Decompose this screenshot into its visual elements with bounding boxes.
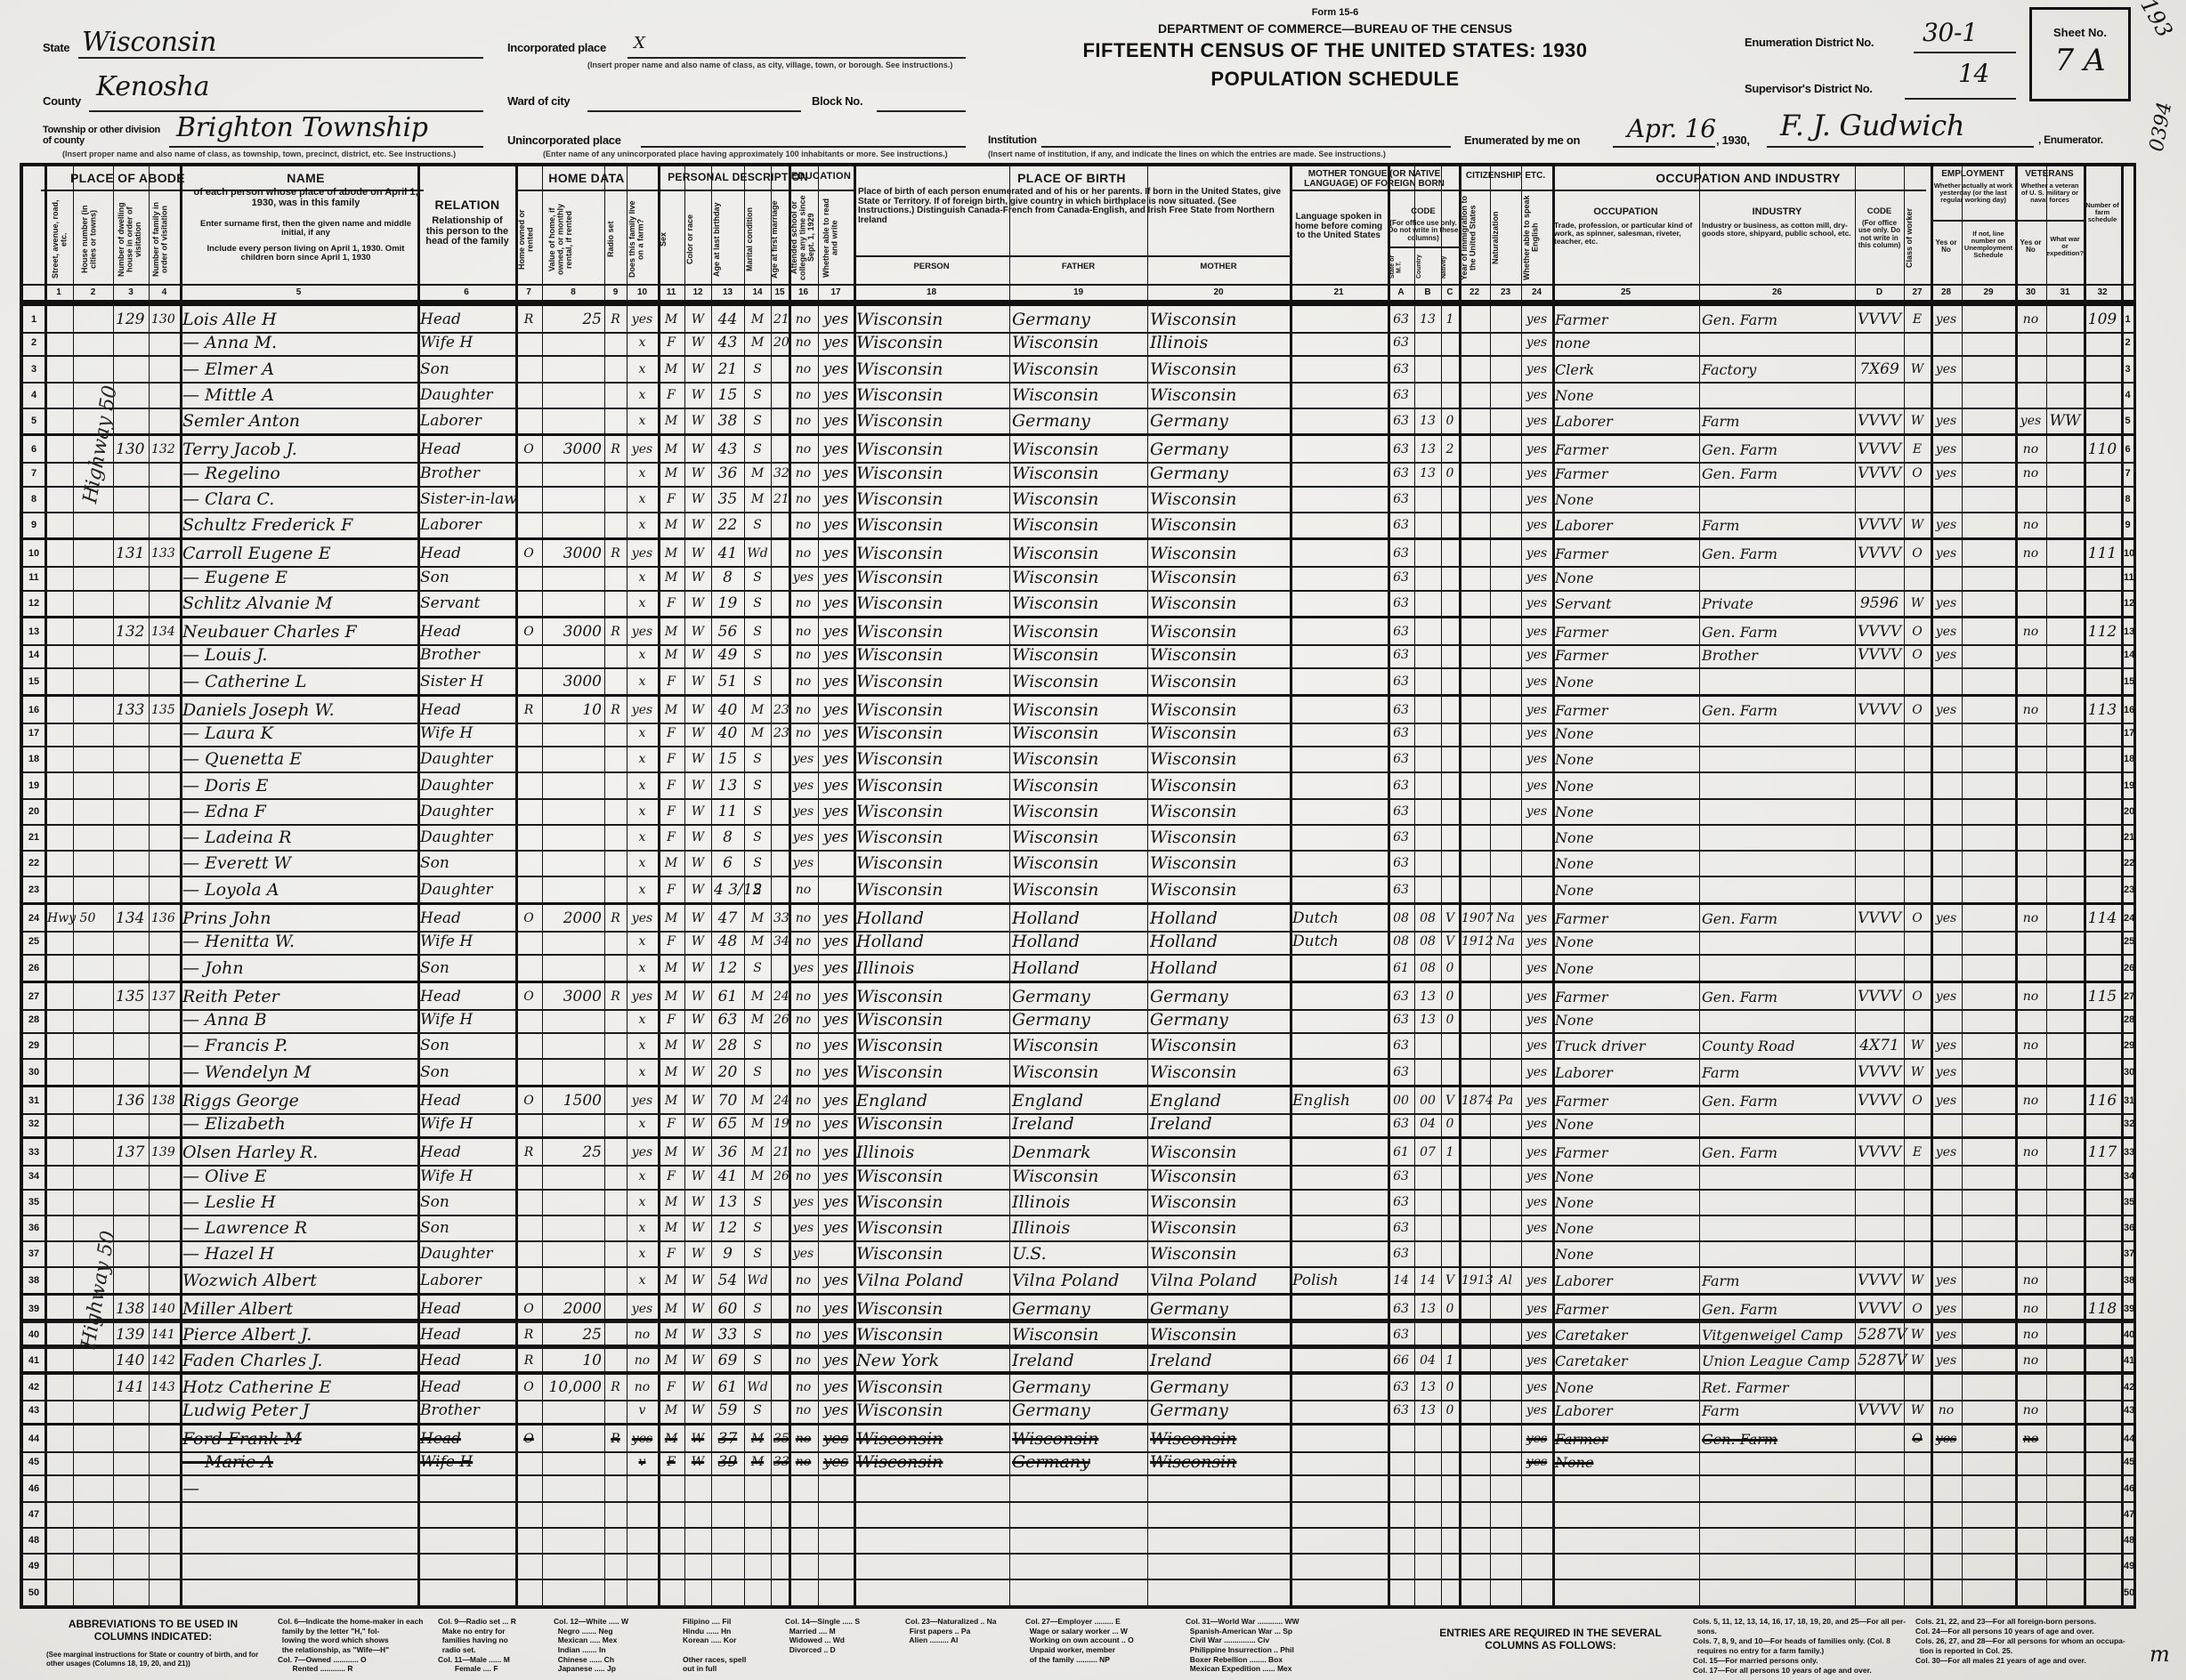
cell-own: O	[518, 540, 539, 566]
cell-bf: Wisconsin	[1012, 697, 1145, 723]
cell-value: 1500	[545, 1087, 602, 1113]
cell-occ: Farmer	[1555, 460, 1696, 486]
cell-ind: Gen. Farm	[1702, 1426, 1852, 1451]
cell-rel: Head	[420, 1087, 513, 1113]
mother-tongue-desc: Language spoken in home before coming to…	[1291, 213, 1386, 241]
cell-own: O	[518, 983, 539, 1009]
abbr-block-col14: Col. 14—Single ..... S Married .... M Wi…	[785, 1617, 860, 1655]
cell-bf: Wisconsin	[1012, 460, 1145, 486]
cell-bm: Wisconsin	[1150, 590, 1287, 616]
cell-school: no	[791, 408, 815, 433]
cell-cls: W	[1907, 1032, 1928, 1058]
cell-bp: Holland	[856, 928, 1007, 954]
column-number: 22	[1459, 287, 1490, 297]
occupation-desc: Trade, profession, or particular kind of…	[1554, 222, 1696, 246]
cell-rel: Head	[420, 905, 513, 931]
cell-race: W	[687, 540, 708, 566]
cell-cls: O	[1907, 618, 1928, 644]
cell-n: 15	[26, 668, 42, 694]
cell-occ: None	[1555, 1215, 1696, 1240]
cell-n: 32	[26, 1111, 42, 1136]
cell-read: yes	[821, 1163, 851, 1189]
cell-rel: Wife H	[420, 720, 513, 746]
cell-farm: x	[629, 564, 655, 590]
col15-header: Age at first marriage	[771, 197, 789, 282]
cell-bf: Wisconsin	[1012, 1059, 1145, 1085]
unincorporated-underline	[641, 146, 966, 148]
cell-eng: yes	[1524, 1397, 1550, 1423]
cell-eng: yes	[1524, 1163, 1550, 1189]
cell-occ: Farmer	[1555, 1139, 1696, 1165]
birth-person-header: PERSON	[854, 262, 1009, 271]
cell-n2: 42	[2124, 1374, 2132, 1400]
cell-school: yes	[791, 955, 815, 981]
cell-name: — Doris E	[182, 772, 415, 798]
cell-mar: S	[747, 1059, 768, 1085]
cell-a: 63	[1390, 436, 1412, 462]
cell-eng: yes	[1524, 928, 1550, 954]
name-header: NAME	[188, 172, 424, 185]
cell-name: — Clara C.	[182, 486, 415, 512]
cell-eng: yes	[1524, 746, 1550, 771]
cell-radio: R	[607, 306, 624, 332]
state-label: State	[43, 41, 69, 54]
cell-c: V	[1444, 905, 1456, 931]
code-divider	[1388, 246, 1459, 248]
cell-age: 36	[714, 1139, 741, 1165]
cell-bp: Wisconsin	[856, 486, 1007, 512]
cell-sex: M	[660, 955, 682, 981]
cell-farmno: 109	[2086, 306, 2118, 332]
cell-n: 50	[26, 1579, 42, 1605]
cell-code: VVVV	[1858, 1267, 1901, 1293]
col27-header: Class of worker	[1906, 193, 1929, 282]
cell-dwelling: 129	[116, 306, 146, 332]
cell-code: VVVV	[1858, 1296, 1901, 1321]
cell-eng: yes	[1524, 1059, 1550, 1085]
cell-n2: 7	[2124, 460, 2132, 486]
cell-name: Lois Alle H	[182, 306, 415, 332]
required-block-2: Cols. 21, 22, and 23—For all foreign-bor…	[1915, 1617, 2125, 1666]
signature-mark: m	[2150, 1642, 2170, 1667]
cell-school: no	[791, 1267, 815, 1293]
cell-farmno: 113	[2086, 697, 2118, 723]
cell-bf: Wisconsin	[1012, 1426, 1145, 1451]
cell-bf: Illinois	[1012, 1189, 1145, 1215]
cell-family: 132	[151, 436, 177, 462]
cell-farm: yes	[629, 697, 655, 723]
cell-b: 13	[1417, 436, 1438, 462]
cell-family: 137	[151, 983, 177, 1009]
cell-rel: Head	[420, 436, 513, 462]
cell-age: 69	[714, 1347, 741, 1373]
col24-header: Whether able to speak English	[1523, 193, 1551, 282]
cell-sex: F	[660, 1163, 682, 1189]
cell-name: — Quenetta E	[182, 746, 415, 771]
col12-header: Color or race	[686, 197, 706, 282]
cell-work: yes	[1933, 1267, 1959, 1293]
cell-code: VVVV	[1858, 1397, 1901, 1423]
cell-mar: Wd	[747, 540, 768, 566]
cell-eng: yes	[1524, 720, 1550, 746]
cell-value: 25	[545, 1321, 602, 1347]
birth-mother-header: MOTHER	[1147, 262, 1290, 271]
cell-name: — Wendelyn M	[182, 1059, 415, 1085]
cell-n2: 45	[2124, 1449, 2132, 1474]
cell-bf: Ireland	[1012, 1111, 1145, 1136]
cell-c: 2	[1444, 436, 1456, 462]
cell-mar: Wd	[747, 1267, 768, 1293]
cell-ind: Gen. Farm	[1702, 460, 1852, 486]
cell-farm: x	[629, 720, 655, 746]
cell-b: 08	[1417, 928, 1438, 954]
col17-header: Whether able to read and write	[822, 193, 849, 282]
cell-occ: None	[1555, 1006, 1696, 1032]
cell-dwelling: 141	[116, 1374, 146, 1400]
cell-mar: S	[747, 668, 768, 694]
cell-race: W	[687, 697, 708, 723]
cell-rel: Head	[420, 983, 513, 1009]
cell-farm: x	[629, 1111, 655, 1136]
cell-value: 3000	[545, 540, 602, 566]
cell-eng: yes	[1524, 798, 1550, 824]
cell-agem: 26	[773, 1163, 786, 1189]
cell-eng: yes	[1524, 460, 1550, 486]
cell-age: 13	[714, 772, 741, 798]
cell-bp: Wisconsin	[856, 772, 1007, 798]
cell-race: W	[687, 1059, 708, 1085]
cell-read: yes	[821, 772, 851, 798]
codeB-header: Country	[1416, 252, 1441, 282]
cell-bp: Illinois	[856, 955, 1007, 981]
cell-race: W	[687, 1032, 708, 1058]
cell-farm: x	[629, 798, 655, 824]
cell-mar: S	[747, 1347, 768, 1373]
cell-b: 13	[1417, 1374, 1438, 1400]
cell-age: 39	[714, 1449, 741, 1474]
cell-n2: 12	[2124, 590, 2132, 616]
cell-b: 13	[1417, 460, 1438, 486]
cell-own: O	[518, 1374, 539, 1400]
cell-read: yes	[821, 329, 851, 355]
cell-rel: Wife H	[420, 1163, 513, 1189]
column-number: C	[1441, 287, 1459, 297]
cell-name: Pierce Albert J.	[182, 1321, 415, 1347]
cell-sex: F	[660, 382, 682, 408]
cell-family: 136	[151, 905, 177, 931]
cell-sex: M	[660, 564, 682, 590]
incorporated-underline	[627, 57, 966, 59]
county-value: Kenosha	[96, 71, 209, 102]
cell-farm: x	[629, 356, 655, 382]
relation-desc: Relationship of this person to the head …	[422, 216, 513, 247]
cell-school: no	[791, 356, 815, 382]
cell-eng: yes	[1524, 590, 1550, 616]
cell-bp: Wisconsin	[856, 590, 1007, 616]
sheet-label: Sheet No.	[2032, 26, 2128, 39]
cell-vet: no	[2018, 1426, 2044, 1451]
cell-lang: Dutch	[1292, 928, 1385, 954]
cell-read: yes	[821, 486, 851, 512]
cell-work: yes	[1933, 512, 1959, 537]
cell-agem: 19	[773, 1111, 786, 1136]
cell-radio: R	[607, 540, 624, 566]
cell-sex: M	[660, 540, 682, 566]
cell-a: 14	[1390, 1267, 1412, 1293]
cell-bp: Wisconsin	[856, 540, 1007, 566]
cell-mar: S	[747, 436, 768, 462]
cell-ind: Gen. Farm	[1702, 905, 1852, 931]
cell-rel: Sister-in-law	[420, 486, 513, 512]
cell-bm: Wisconsin	[1150, 850, 1287, 876]
cell-n2: 32	[2124, 1111, 2132, 1136]
table-row: 14— Louis J.BrotherxMW49SnoyesWisconsinW…	[23, 642, 2134, 669]
cell-work: yes	[1933, 983, 1959, 1009]
cell-name: Hotz Catherine E	[182, 1374, 415, 1400]
cell-eng: yes	[1524, 983, 1550, 1009]
table-row: 17— Laura KWife HxFW40M23noyesWisconsinW…	[23, 720, 2134, 747]
cell-work: yes	[1933, 905, 1959, 931]
cell-ind: County Road	[1702, 1032, 1852, 1058]
cell-eng: yes	[1524, 668, 1550, 694]
cell-farm: x	[629, 590, 655, 616]
vet-yes-header: Yes or No	[2015, 239, 2046, 254]
cell-sex: M	[660, 697, 682, 723]
cell-read: yes	[821, 1296, 851, 1321]
cell-school: yes	[791, 798, 815, 824]
cell-bm: Wisconsin	[1150, 1321, 1287, 1347]
cell-dwelling: 133	[116, 697, 146, 723]
cell-rel: Daughter	[420, 772, 513, 798]
cell-farm: yes	[629, 1296, 655, 1321]
cell-name: Schultz Frederick F	[182, 512, 415, 537]
cell-read: yes	[821, 540, 851, 566]
cell-n: 26	[26, 955, 42, 981]
cell-age: 13	[714, 1189, 741, 1215]
cell-name: Riggs George	[182, 1087, 415, 1113]
cell-age: 43	[714, 329, 741, 355]
footer-instructions: ABBREVIATIONS TO BE USED IN COLUMNS INDI…	[20, 1615, 2136, 1677]
cell-n2: 35	[2124, 1189, 2132, 1215]
emp-line-header: If not, line number on Unemployment Sche…	[1962, 230, 2015, 259]
cell-n2: 21	[2124, 824, 2132, 850]
cell-agem: 33	[773, 905, 786, 931]
cell-age: 70	[714, 1087, 741, 1113]
cell-a: 63	[1390, 1059, 1412, 1085]
cell-sex: F	[660, 1111, 682, 1136]
cell-own: R	[518, 1139, 539, 1165]
cell-sex: F	[660, 1449, 682, 1474]
table-row: 4— Mittle ADaughterxFW15SnoyesWisconsinW…	[23, 382, 2134, 409]
cell-cls: O	[1907, 1296, 1928, 1321]
cell-cls: E	[1907, 436, 1928, 462]
veterans-desc: Whether a veteran of U. S. military or n…	[2017, 182, 2083, 204]
cell-bm: Germany	[1150, 1006, 1287, 1032]
cell-family: 135	[151, 697, 177, 723]
tongue-divider	[1290, 190, 1552, 191]
cell-age: 22	[714, 512, 741, 537]
date-underline	[1613, 146, 1715, 148]
cell-age: 54	[714, 1267, 741, 1293]
cell-read: yes	[821, 1006, 851, 1032]
cell-bf: Denmark	[1012, 1139, 1145, 1165]
cell-farm: x	[629, 928, 655, 954]
cell-bp: Wisconsin	[856, 876, 1007, 902]
cell-b: 08	[1417, 955, 1438, 981]
cell-race: W	[687, 1189, 708, 1215]
cell-read: yes	[821, 1347, 851, 1373]
cell-bm: Wisconsin	[1150, 697, 1287, 723]
cell-occ: Truck driver	[1555, 1032, 1696, 1058]
cell-n2: 30	[2124, 1059, 2132, 1085]
column-number: 20	[1147, 287, 1290, 297]
cell-code: 7X69	[1858, 356, 1901, 382]
cell-agem: 21	[773, 486, 786, 512]
cell-name: Ford Frank M	[182, 1426, 415, 1451]
cell-farm: yes	[629, 1087, 655, 1113]
cell-farm: no	[629, 1347, 655, 1373]
cell-a: 63	[1390, 306, 1412, 332]
cell-read: yes	[821, 1374, 851, 1400]
cell-race: W	[687, 1163, 708, 1189]
cell-school: no	[791, 1296, 815, 1321]
cell-sex: M	[660, 642, 682, 667]
cell-eng: yes	[1524, 697, 1550, 723]
cell-n2: 31	[2124, 1087, 2132, 1113]
cell-read: yes	[821, 955, 851, 981]
cell-school: no	[791, 1426, 815, 1451]
cell-b: 13	[1417, 983, 1438, 1009]
cell-farm: x	[629, 1215, 655, 1240]
cell-cls: W	[1907, 590, 1928, 616]
abbr-block-col9: Col. 9—Radio set ... R Make no entry for…	[438, 1617, 516, 1674]
cell-cls: W	[1907, 1059, 1928, 1085]
col22-header: Year of immigration to the United States	[1461, 193, 1489, 282]
cell-eng: yes	[1524, 772, 1550, 798]
cell-read: yes	[821, 928, 851, 954]
cell-age: 20	[714, 1059, 741, 1085]
cell-occ: None	[1555, 1111, 1696, 1136]
cell-n: 31	[26, 1087, 42, 1113]
cell-n: 4	[26, 382, 42, 408]
cell-ind: Farm	[1702, 1267, 1852, 1293]
cell-farm: x	[629, 850, 655, 876]
cell-bm: Wisconsin	[1150, 512, 1287, 537]
cell-name: — Elmer A	[182, 356, 415, 382]
cell-n2: 10	[2124, 540, 2132, 566]
cell-eng: yes	[1524, 618, 1550, 644]
cell-bp: Wisconsin	[856, 408, 1007, 433]
cell-read: yes	[821, 1087, 851, 1113]
occ-code-header: CODE	[1855, 207, 1904, 216]
cell-cls: O	[1907, 697, 1928, 723]
cell-bm: Wisconsin	[1150, 1426, 1287, 1451]
cell-n2: 14	[2124, 642, 2132, 667]
cell-rel: Son	[420, 564, 513, 590]
cell-race: W	[687, 1087, 708, 1113]
ward-label: Ward of city	[507, 94, 570, 108]
cell-eng: yes	[1524, 1111, 1550, 1136]
cell-name: Ludwig Peter J	[182, 1397, 415, 1423]
cell-farm: yes	[629, 436, 655, 462]
cell-code: VVVV	[1858, 460, 1901, 486]
cell-imm: 1874	[1461, 1087, 1487, 1113]
cell-bp: Wisconsin	[856, 1059, 1007, 1085]
cell-farm: x	[629, 460, 655, 486]
state-value: Wisconsin	[82, 27, 216, 58]
cell-bp: Wisconsin	[856, 1426, 1007, 1451]
cell-code: VVVV	[1858, 540, 1901, 566]
cell-occ: None	[1555, 668, 1696, 694]
cell-mar: S	[747, 1397, 768, 1423]
cell-bp: Wisconsin	[856, 1240, 1007, 1266]
cell-c: 0	[1444, 460, 1456, 486]
cell-vet: no	[2018, 1032, 2044, 1058]
unincorporated-note: (Enter name of any unincorporated place …	[543, 149, 970, 158]
cell-bm: Wisconsin	[1150, 1139, 1287, 1165]
cell-rel: Son	[420, 356, 513, 382]
cell-bp: Holland	[856, 905, 1007, 931]
cell-name: Reith Peter	[182, 983, 415, 1009]
cell-n: 49	[26, 1553, 42, 1579]
cell-value: 3000	[545, 668, 602, 694]
cell-street: Hwy 50	[47, 905, 70, 931]
cell-vet: no	[2018, 436, 2044, 462]
cell-bp: Wisconsin	[856, 1397, 1007, 1423]
enumerator-name: F. J. Gudwich	[1780, 109, 1964, 142]
cell-c: 0	[1444, 955, 1456, 981]
cell-bf: Wisconsin	[1012, 772, 1145, 798]
column-number: 7	[515, 287, 542, 297]
cell-name: — Everett W	[182, 850, 415, 876]
cell-c: 0	[1444, 1397, 1456, 1423]
cell-sex: F	[660, 668, 682, 694]
cell-vet: no	[2018, 512, 2044, 537]
cell-occ: None	[1555, 798, 1696, 824]
cell-farm: v	[629, 1397, 655, 1423]
cell-n2: 11	[2124, 564, 2132, 590]
cell-rel: Daughter	[420, 824, 513, 850]
cell-own: R	[518, 697, 539, 723]
column-number: 2	[73, 287, 113, 297]
cell-occ: Laborer	[1555, 408, 1696, 433]
cell-ind: Gen. Farm	[1702, 306, 1852, 332]
abbr-block-col31: Col. 31—World War ............ WW Spanis…	[1186, 1617, 1299, 1674]
cell-n2: 44	[2124, 1426, 2132, 1451]
cell-age: 15	[714, 746, 741, 771]
table-row: 45— Marie AWife HvFW39M33noyesWisconsinG…	[23, 1449, 2134, 1476]
cell-cls: E	[1907, 306, 1928, 332]
cell-a: 63	[1390, 850, 1412, 876]
cell-a: 63	[1390, 983, 1412, 1009]
cell-school: yes	[791, 1215, 815, 1240]
state-underline	[78, 57, 483, 59]
table-row: 26— JohnSonxMW12SyesyesIllinoisHollandHo…	[23, 955, 2134, 982]
cell-race: W	[687, 1374, 708, 1400]
cell-mar: M	[747, 905, 768, 931]
home-data-header: HOME DATA	[515, 172, 658, 185]
cell-ind: Vitgenweigel Camp	[1702, 1321, 1852, 1347]
cell-farm: x	[629, 1267, 655, 1293]
form-number: Form 15-6	[1024, 7, 1647, 18]
cell-read: yes	[821, 564, 851, 590]
cell-occ: Farmer	[1555, 436, 1696, 462]
cell-occ: None	[1555, 955, 1696, 981]
cell-bm: England	[1150, 1087, 1287, 1113]
cell-n: 44	[26, 1426, 42, 1451]
cell-rel: Brother	[420, 642, 513, 667]
cell-vet: no	[2018, 1267, 2044, 1293]
